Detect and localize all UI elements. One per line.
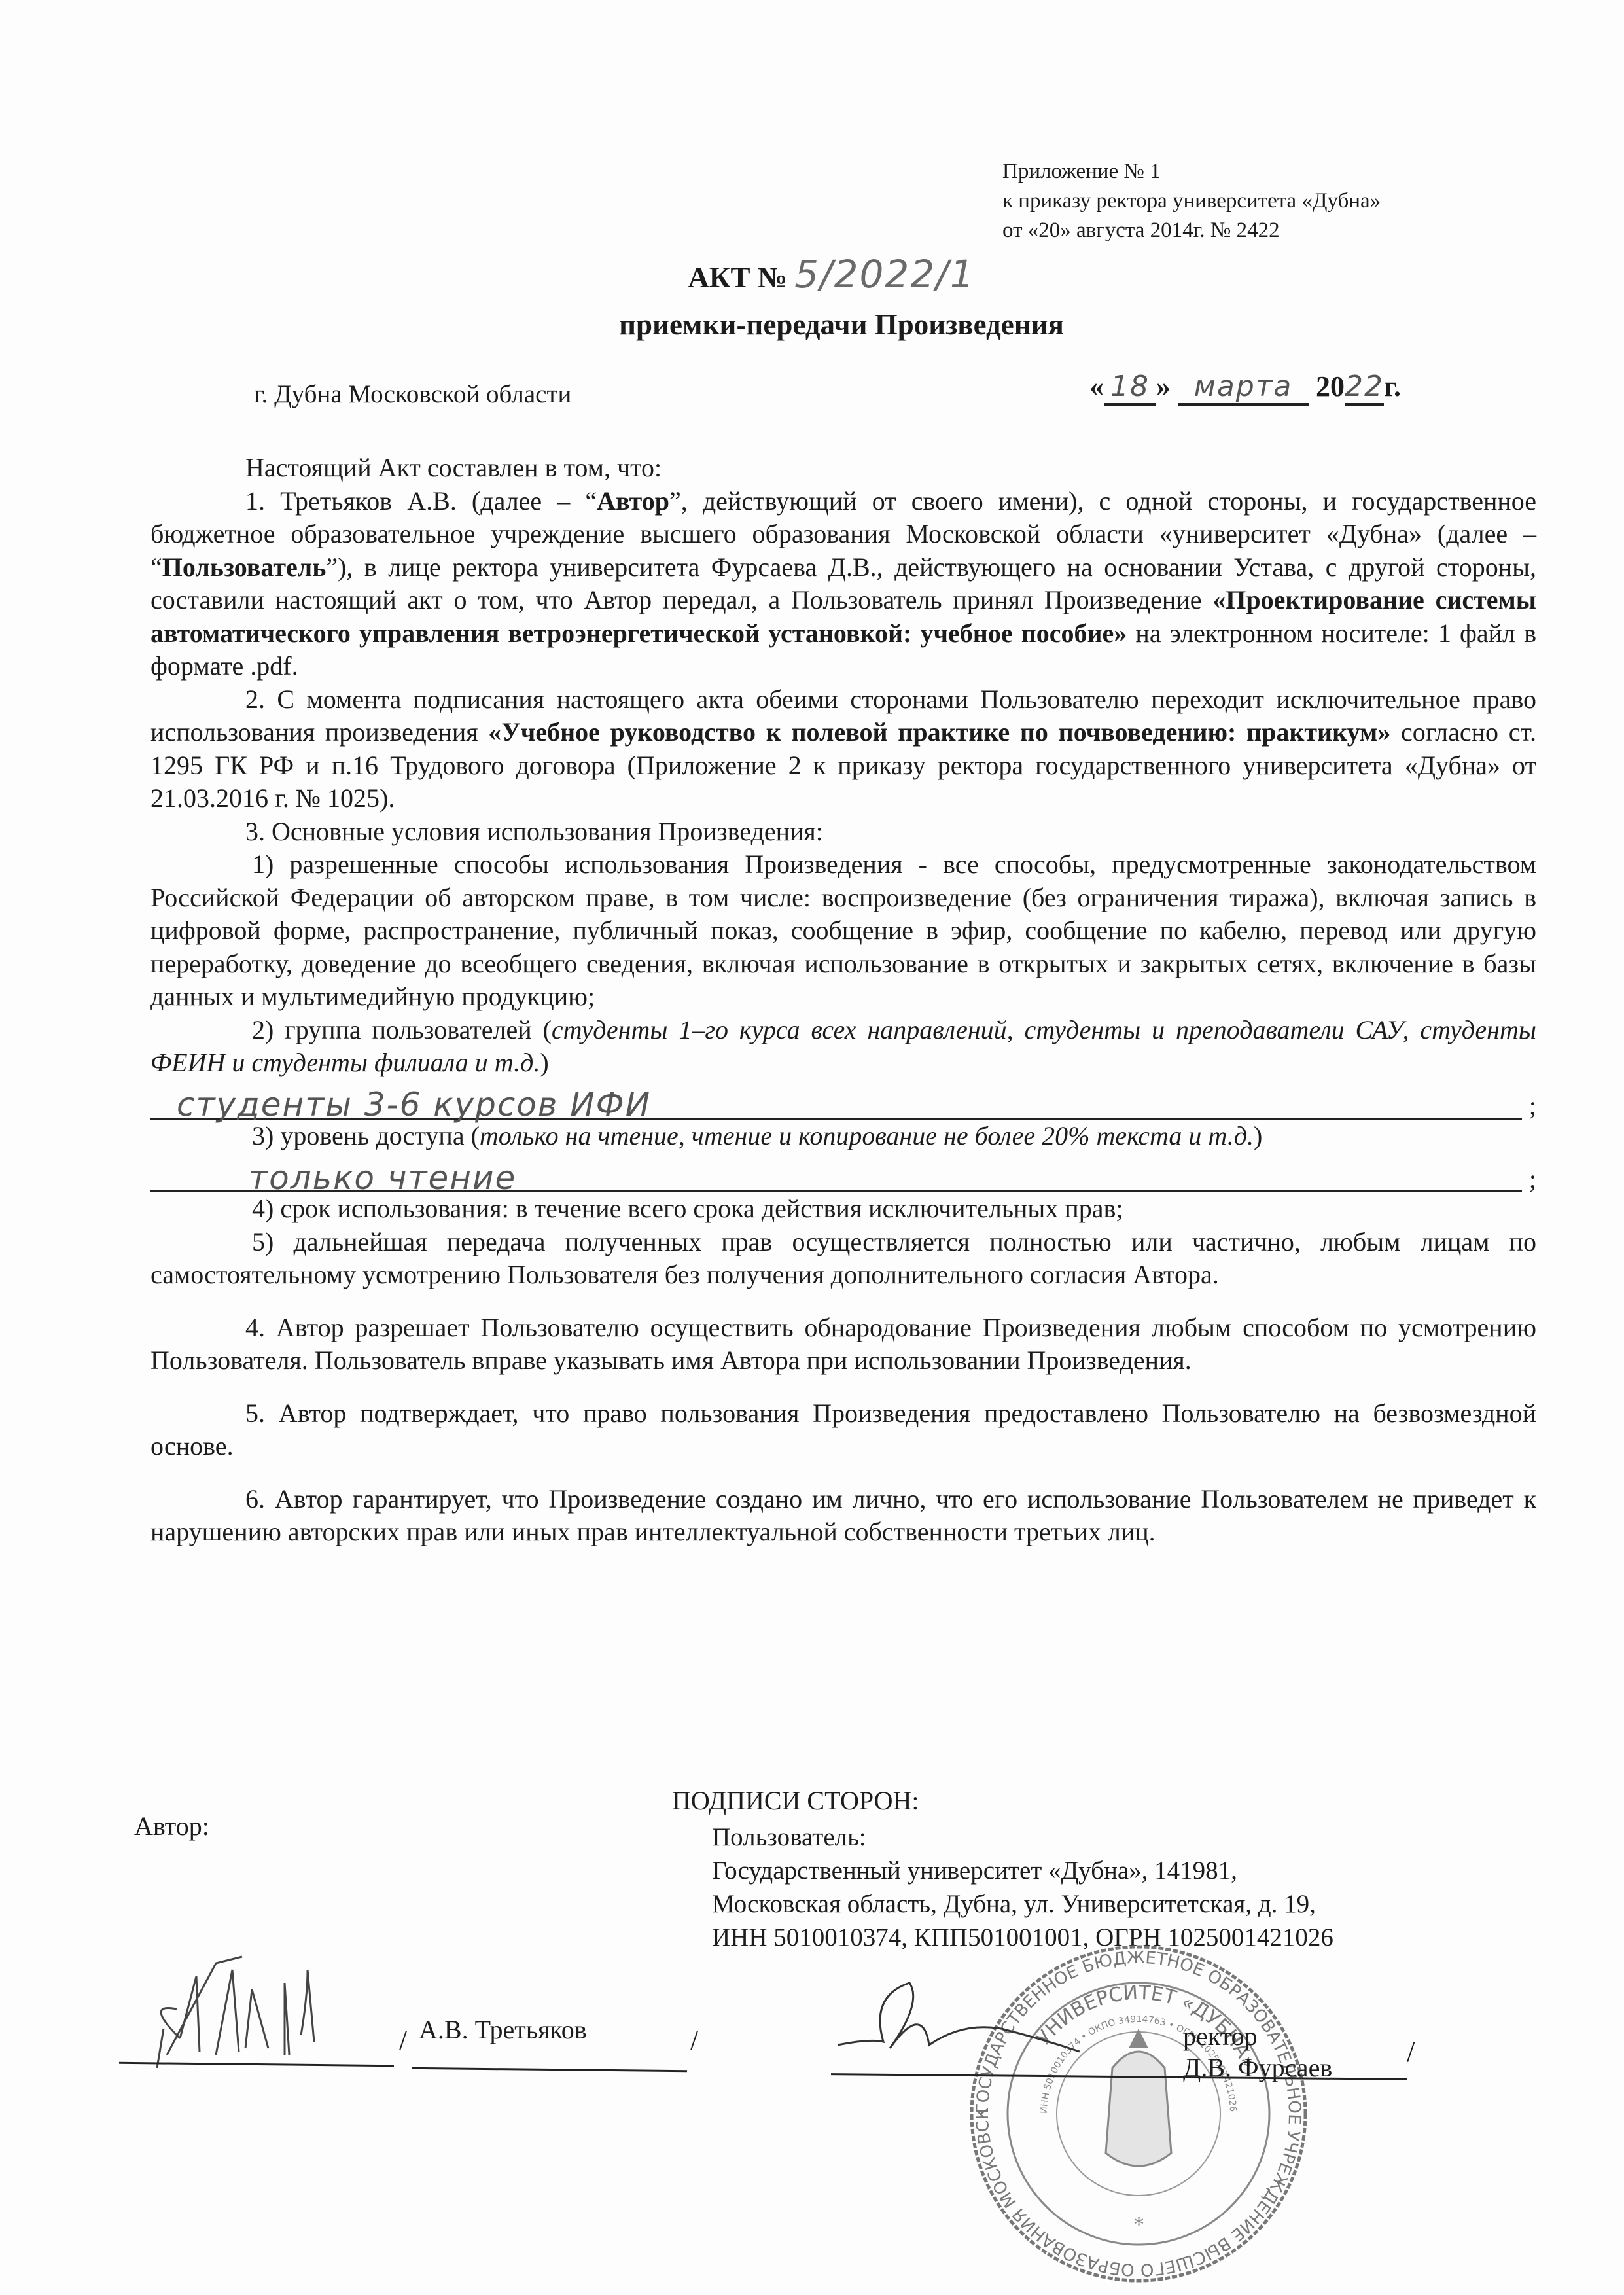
appendix-reference: Приложение № 1 к приказу ректора универс… bbox=[1002, 157, 1381, 245]
clause-3-1: 1) разрешенные способы использования Про… bbox=[150, 848, 1536, 1014]
access-level-field: только чтение ; bbox=[150, 1152, 1522, 1192]
author-label: Автор: bbox=[134, 1811, 209, 1841]
clause-3-3: 3) уровень доступа (только на чтение, чт… bbox=[150, 1120, 1536, 1153]
author-name-line bbox=[412, 2067, 687, 2072]
intro-paragraph: Настоящий Акт составлен в том, что: bbox=[150, 452, 1536, 485]
author-name: А.В. Третьяков bbox=[419, 2014, 587, 2045]
svg-text:*: * bbox=[1133, 2213, 1144, 2237]
access-level-handwritten: только чтение bbox=[249, 1162, 516, 1195]
document-page: Приложение № 1 к приказу ректора универс… bbox=[0, 0, 1624, 2295]
clause-4: 4. Автор разрешает Пользователю осуществ… bbox=[150, 1311, 1536, 1378]
user-group-field: студенты 3-6 курсов ИФИ ; bbox=[150, 1080, 1522, 1120]
clause-3-2: 2) группа пользователей (студенты 1–го к… bbox=[150, 1014, 1536, 1080]
act-date: «18» марта 2022г. bbox=[1089, 370, 1401, 406]
rector-slash: / bbox=[1407, 2035, 1415, 2069]
author-slash-left: / bbox=[399, 2023, 407, 2057]
author-signature-icon bbox=[118, 1957, 393, 2074]
signatures-heading: ПОДПИСИ СТОРОН: bbox=[672, 1785, 919, 1816]
clause-3-4: 4) срок использования: в течение всего с… bbox=[150, 1192, 1536, 1226]
appendix-line-1: Приложение № 1 bbox=[1002, 157, 1381, 187]
user-label: Пользователь: bbox=[712, 1821, 1333, 1854]
rector-signature-icon bbox=[831, 1976, 1171, 2074]
act-body: Настоящий Акт составлен в том, что: 1. Т… bbox=[150, 452, 1536, 1549]
date-year: 22 bbox=[1345, 370, 1384, 406]
rector-block: ректор Д.В. Фурсаев bbox=[1183, 2021, 1332, 2084]
date-month: марта bbox=[1178, 370, 1309, 406]
work-title-2: «Учебное руководство к полевой практике … bbox=[488, 717, 1390, 747]
user-address: Московская область, Дубна, ул. Университ… bbox=[712, 1887, 1333, 1921]
user-org: Государственный университет «Дубна», 141… bbox=[712, 1854, 1333, 1887]
clause-6: 6. Автор гарантирует, что Произведение с… bbox=[150, 1483, 1536, 1549]
user-details: Пользователь: Государственный университе… bbox=[712, 1821, 1333, 1954]
clause-1: 1. Третьяков А.В. (далее – “Автор”, дейс… bbox=[150, 485, 1536, 683]
user-group-handwritten: студенты 3-6 курсов ИФИ bbox=[177, 1088, 651, 1122]
author-slash-right: / bbox=[690, 2023, 698, 2057]
rector-title: ректор bbox=[1183, 2021, 1332, 2052]
appendix-line-3: от «20» августа 2014г. № 2422 bbox=[1002, 216, 1381, 245]
city: г. Дубна Московской области bbox=[254, 380, 571, 409]
appendix-line-2: к приказу ректора университета «Дубна» bbox=[1002, 187, 1381, 216]
date-day: 18 bbox=[1104, 370, 1156, 406]
act-number-handwritten: 5/2022/1 bbox=[794, 252, 976, 296]
act-title: АКТ № 5/2022/1 bbox=[0, 252, 1624, 296]
clause-3-5: 5) дальнейшая передача полученных прав о… bbox=[150, 1226, 1536, 1292]
clause-2: 2. С момента подписания настоящего акта … bbox=[150, 683, 1536, 815]
clause-3: 3. Основные условия использования Произв… bbox=[150, 815, 1536, 849]
act-subtitle: приемки-передачи Произведения bbox=[0, 308, 1624, 342]
clause-5: 5. Автор подтверждает, что право пользов… bbox=[150, 1397, 1536, 1463]
act-label: АКТ № bbox=[688, 261, 787, 294]
